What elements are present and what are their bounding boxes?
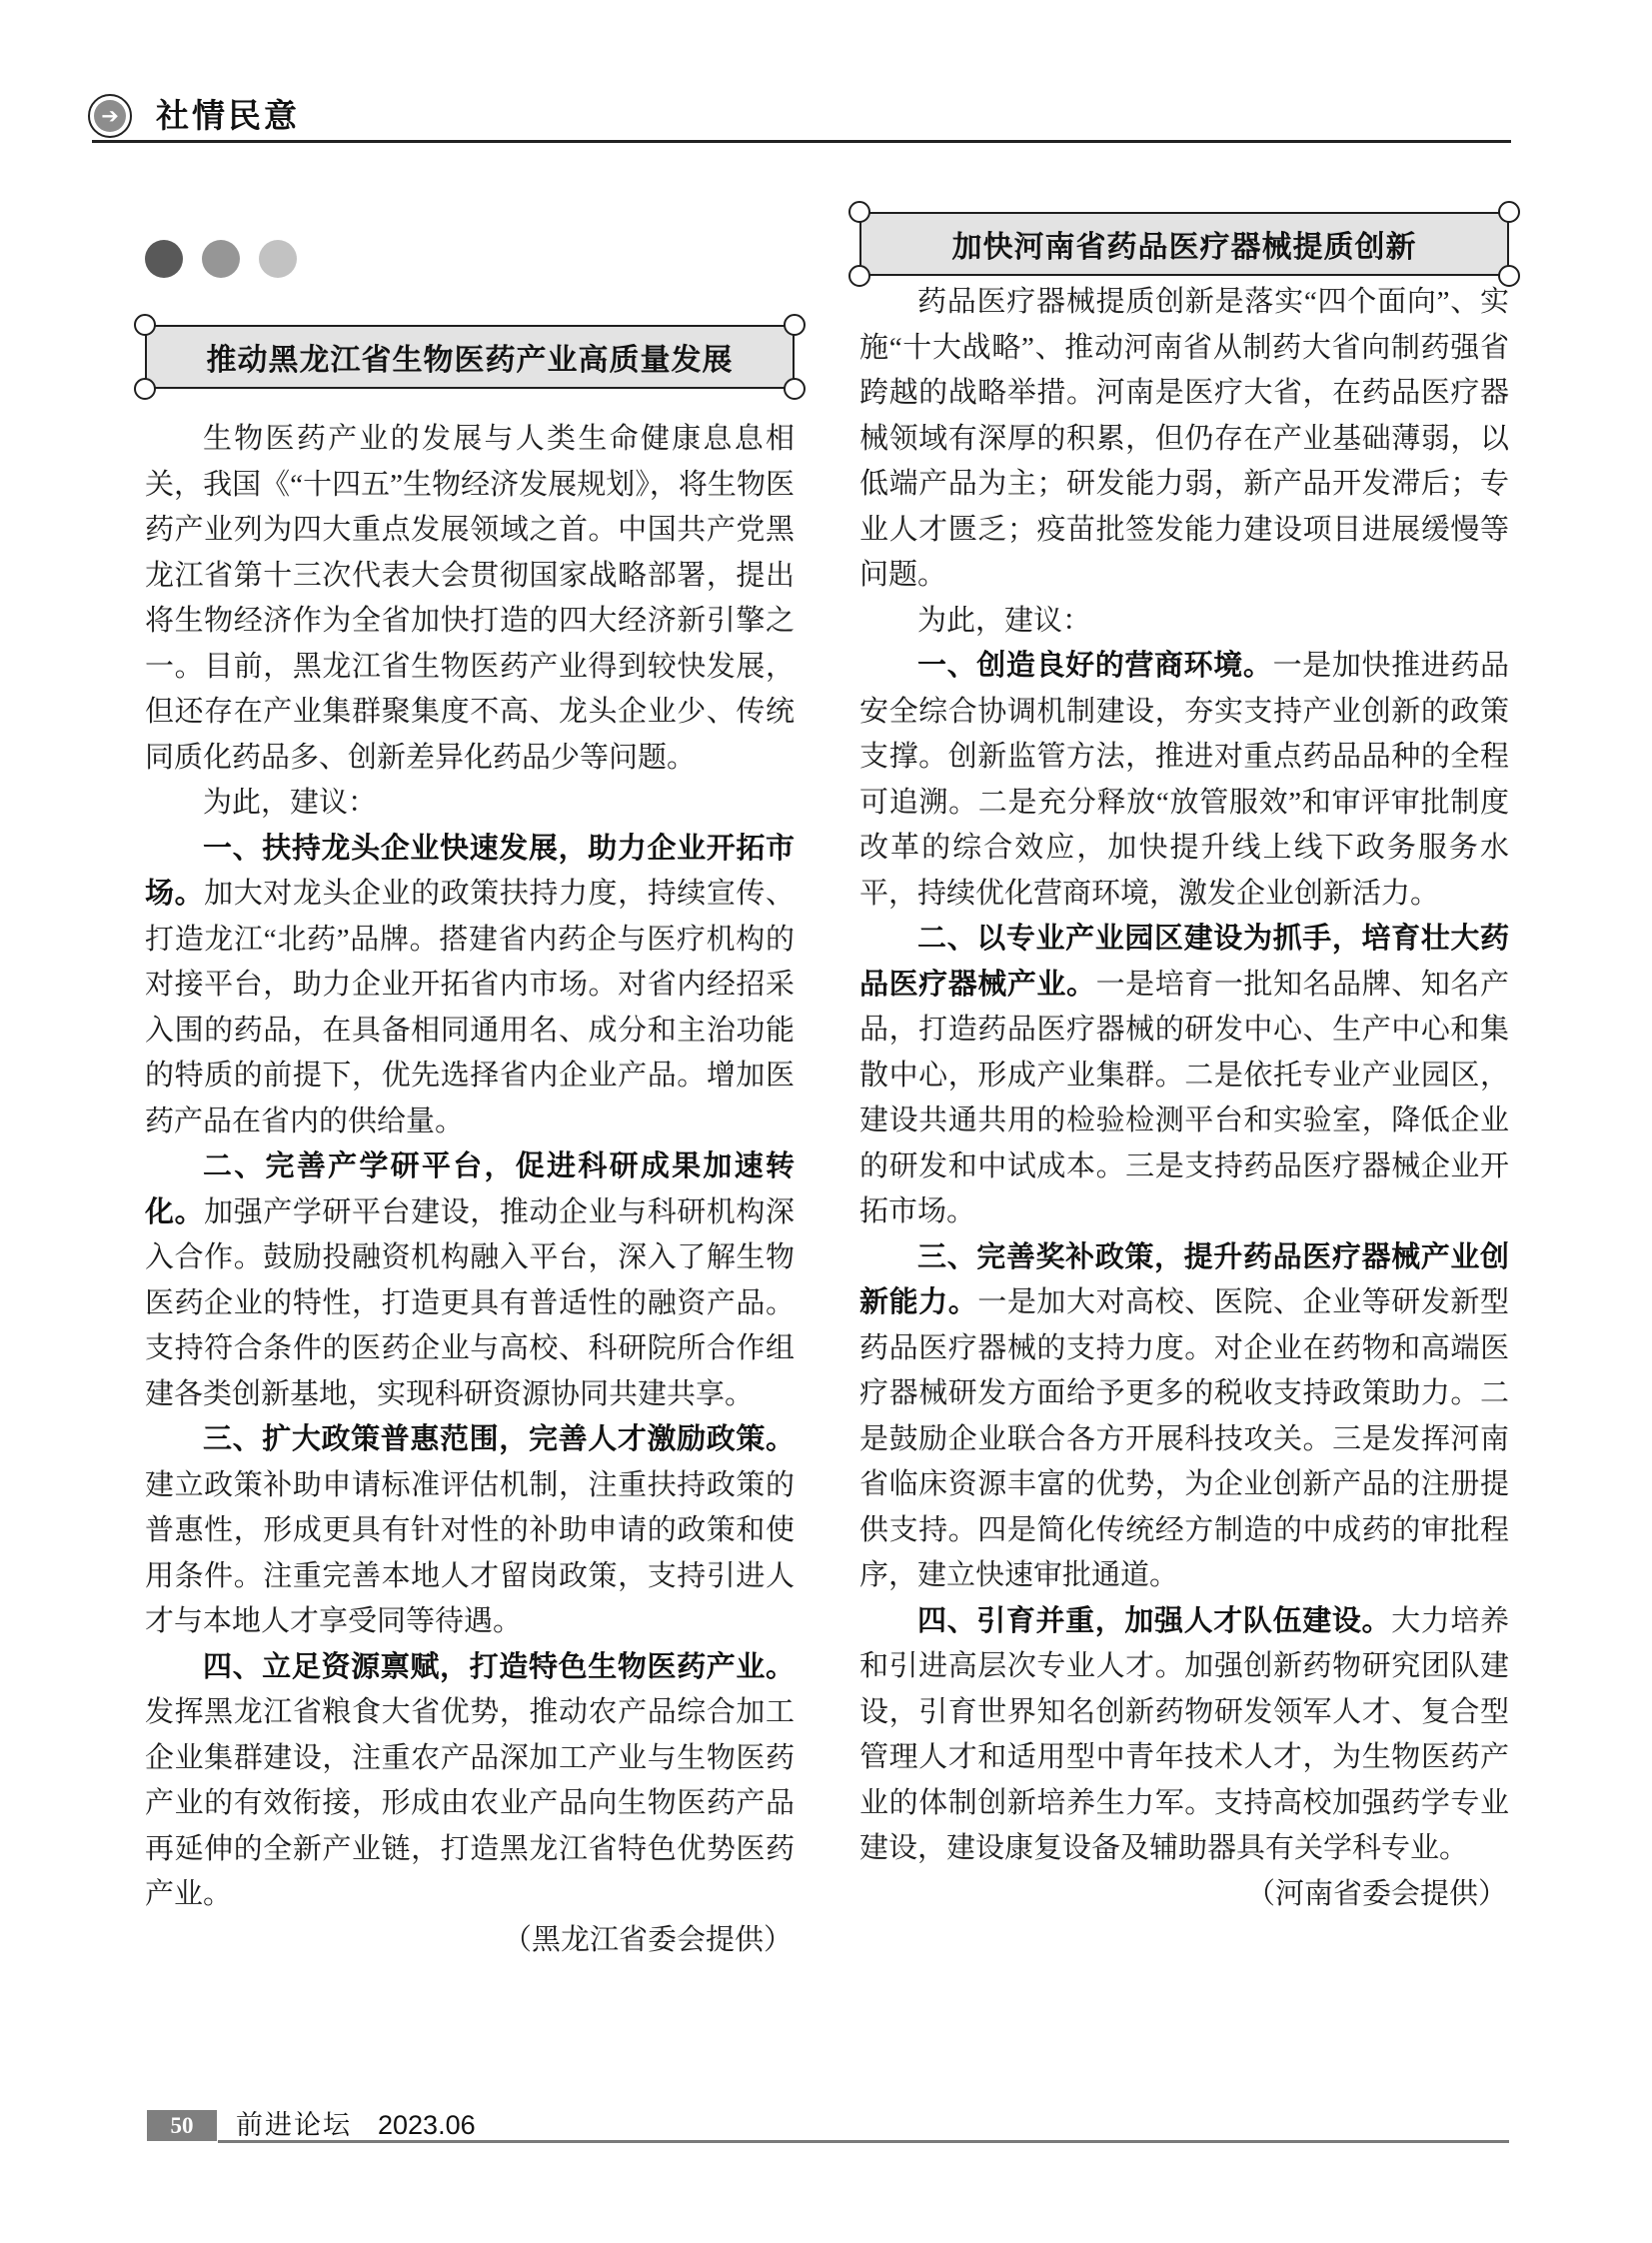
dot-light bbox=[259, 240, 297, 278]
paragraph: 为此，建议： bbox=[859, 599, 1509, 645]
paragraph-text: 为此，建议： bbox=[203, 787, 377, 819]
arrow-right-circle-icon: ➔ bbox=[88, 94, 132, 138]
issue-number: 2023.06 bbox=[378, 2110, 476, 2141]
paragraph: 三、扩大政策普惠范围，完善人才激励政策。建立政策补助申请标准评估机制，注重扶持政… bbox=[145, 1417, 795, 1645]
paragraph-lead: 四、立足资源禀赋，打造特色生物医药产业。 bbox=[203, 1651, 795, 1683]
paragraph: 为此，建议： bbox=[145, 781, 795, 827]
paragraph-text: 一是加大对高校、医院、企业等研发新型药品医疗器械的支持力度。对企业在药物和高端医… bbox=[859, 1286, 1509, 1591]
dot-medium bbox=[202, 240, 240, 278]
decorative-dots bbox=[145, 240, 795, 278]
paragraph-text: 加大对龙头企业的政策扶持力度，持续宣传、打造龙江“北药”品牌。搭建省内药企与医疗… bbox=[145, 878, 795, 1137]
magazine-page: { "header": { "section_label": "社情民意", "… bbox=[0, 0, 1652, 2243]
plaque-corner-notch bbox=[848, 265, 870, 287]
paragraph: 四、立足资源禀赋，打造特色生物医药产业。发挥黑龙江省粮食大省优势，推动农产品综合… bbox=[145, 1645, 795, 1918]
paragraph-lead: 一、创造良好的营商环境。 bbox=[917, 650, 1273, 682]
plaque-corner-notch bbox=[134, 314, 156, 336]
paragraph-text: 加强产学研平台建设，推动企业与科研机构深入合作。鼓励投融资机构融入平台，深入了解… bbox=[145, 1196, 795, 1410]
article-body-right: 药品医疗器械提质创新是落实“四个面向”、实施“十大战略”、推动河南省从制药大省向… bbox=[859, 280, 1509, 1917]
dot-dark bbox=[145, 240, 183, 278]
article-left: 推动黑龙江省生物医药产业高质量发展 生物医药产业的发展与人类生命健康息息相关，我… bbox=[145, 240, 795, 1963]
paragraph-text: 建立政策补助申请标准评估机制，注重扶持政策的普惠性，形成更具有针对性的补助申请的… bbox=[145, 1469, 795, 1638]
article-right: 加快河南省药品医疗器械提质创新 药品医疗器械提质创新是落实“四个面向”、实施“十… bbox=[859, 212, 1509, 1917]
paragraph-lead: 四、引育并重，加强人才队伍建设。 bbox=[917, 1605, 1391, 1637]
attribution-right: （河南省委会提供） bbox=[859, 1872, 1509, 1918]
paragraph-text: 一是培育一批知名品牌、知名产品，打造药品医疗器械的研发中心、生产中心和集散中心，… bbox=[859, 969, 1509, 1228]
plaque-corner-notch bbox=[1498, 201, 1520, 223]
plaque-corner-notch bbox=[1498, 265, 1520, 287]
attribution-left: （黑龙江省委会提供） bbox=[145, 1918, 795, 1964]
paragraph-text: 一是加快推进药品安全综合协调机制建设，夯实支持产业创新的政策支撑。创新监管方法，… bbox=[859, 650, 1509, 910]
footer-rule bbox=[218, 2140, 1509, 2143]
article-title-left-text: 推动黑龙江省生物医药产业高质量发展 bbox=[207, 335, 734, 379]
paragraph: 四、引育并重，加强人才队伍建设。大力培养和引进高层次专业人才。加强创新药物研究团… bbox=[859, 1599, 1509, 1872]
paragraph: 三、完善奖补政策，提升药品医疗器械产业创新能力。一是加大对高校、医院、企业等研发… bbox=[859, 1235, 1509, 1599]
article-title-plaque-right: 加快河南省药品医疗器械提质创新 bbox=[859, 212, 1509, 276]
paragraph: 二、完善产学研平台，促进科研成果加速转化。加强产学研平台建设，推动企业与科研机构… bbox=[145, 1144, 795, 1417]
article-title-plaque-left: 推动黑龙江省生物医药产业高质量发展 bbox=[145, 325, 795, 389]
paragraph-text: 药品医疗器械提质创新是落实“四个面向”、实施“十大战略”、推动河南省从制药大省向… bbox=[859, 286, 1509, 591]
article-body-left: 生物医药产业的发展与人类生命健康息息相关，我国《“十四五”生物经济发展规划》，将… bbox=[145, 417, 795, 1963]
plaque-corner-notch bbox=[784, 378, 806, 400]
paragraph-lead: 三、扩大政策普惠范围，完善人才激励政策。 bbox=[203, 1423, 795, 1455]
article-title-right-text: 加快河南省药品医疗器械提质创新 bbox=[952, 222, 1417, 266]
paragraph: 药品医疗器械提质创新是落实“四个面向”、实施“十大战略”、推动河南省从制药大省向… bbox=[859, 280, 1509, 599]
header-rule bbox=[92, 140, 1511, 143]
paragraph-text: 大力培养和引进高层次专业人才。加强创新药物研究团队建设，引育世界知名创新药物研发… bbox=[859, 1605, 1509, 1865]
paragraph: 一、创造良好的营商环境。一是加快推进药品安全综合协调机制建设，夯实支持产业创新的… bbox=[859, 644, 1509, 917]
paragraph-text: 生物医药产业的发展与人类生命健康息息相关，我国《“十四五”生物经济发展规划》，将… bbox=[145, 423, 795, 774]
journal-name: 前进论坛 bbox=[236, 2110, 352, 2141]
page-number-badge: 50 bbox=[147, 2110, 217, 2141]
plaque-corner-notch bbox=[784, 314, 806, 336]
arrow-right-glyph: ➔ bbox=[94, 100, 126, 132]
paragraph: 二、以专业产业园区建设为抓手，培育壮大药品医疗器械产业。一是培育一批知名品牌、知… bbox=[859, 917, 1509, 1235]
paragraph-text: 为此，建议： bbox=[917, 605, 1091, 637]
plaque-corner-notch bbox=[848, 201, 870, 223]
paragraph: 一、扶持龙头企业快速发展，助力企业开拓市场。加大对龙头企业的政策扶持力度，持续宣… bbox=[145, 827, 795, 1145]
paragraph-text: 发挥黑龙江省粮食大省优势，推动农产品综合加工企业集群建设，注重农产品深加工产业与… bbox=[145, 1696, 795, 1910]
paragraph: 生物医药产业的发展与人类生命健康息息相关，我国《“十四五”生物经济发展规划》，将… bbox=[145, 417, 795, 781]
section-label: 社情民意 bbox=[156, 90, 300, 137]
plaque-corner-notch bbox=[134, 378, 156, 400]
